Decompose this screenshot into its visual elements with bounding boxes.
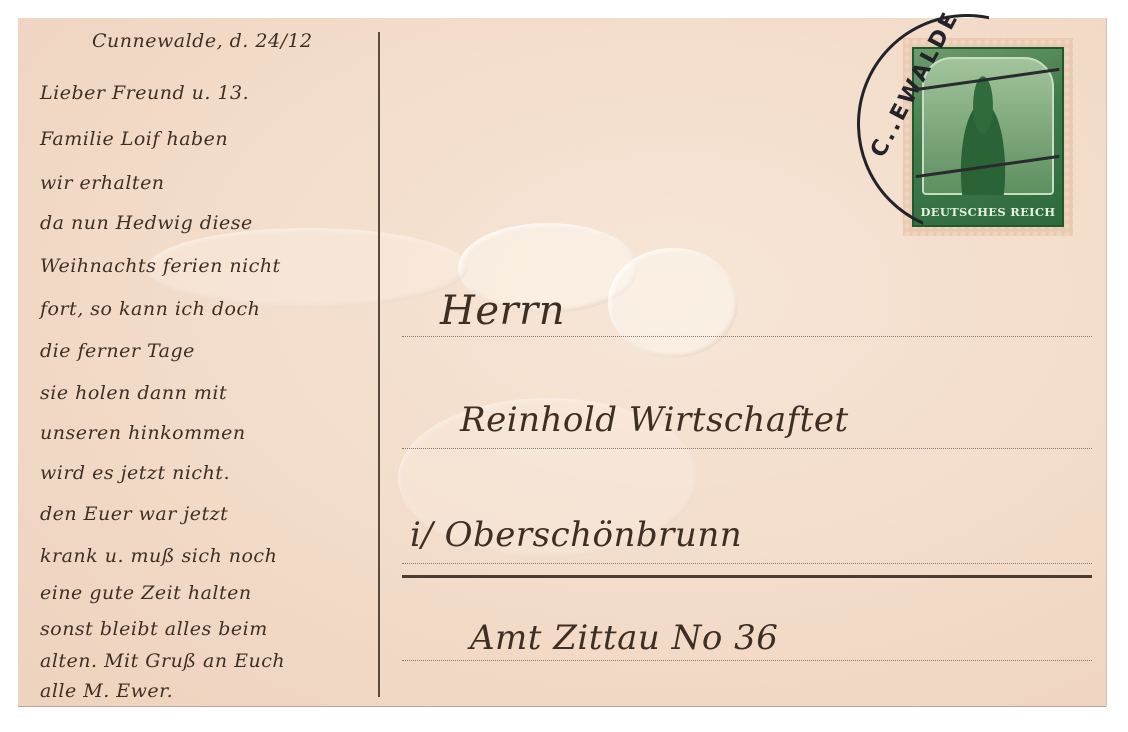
message-line: krank u. muß sich noch <box>40 545 277 567</box>
address-district: Amt Zittau No 36 <box>470 618 778 658</box>
message-line: wir erhalten <box>40 172 165 194</box>
message-line: unseren hinkommen <box>40 422 246 444</box>
address-line-3 <box>402 563 1092 564</box>
address-underline <box>402 575 1092 578</box>
address-line-1 <box>402 336 1092 337</box>
embossed-angel-head <box>608 248 738 358</box>
message-line: da nun Hedwig diese <box>40 212 253 234</box>
message-line: Weihnachts ferien nicht <box>40 255 281 277</box>
address-name: Reinhold Wirtschaftet <box>460 400 849 440</box>
stamp-country-text: DEUTSCHES REICH <box>914 205 1062 219</box>
message-line: alten. Mit Gruß an Euch <box>40 650 285 672</box>
message-line: sie holen dann mit <box>40 382 227 404</box>
message-line: alle M. Ewer. <box>40 680 173 702</box>
message-line: eine gute Zeit halten <box>40 582 252 604</box>
message-line: fort, so kann ich doch <box>40 298 260 320</box>
address-line-4 <box>402 660 1092 661</box>
address-line-2 <box>402 448 1092 449</box>
address-town: i/ Oberschönbrunn <box>410 515 742 555</box>
message-line: wird es jetzt nicht. <box>40 462 230 484</box>
message-line: sonst bleibt alles beim <box>40 618 268 640</box>
address-salutation: Herrn <box>440 288 565 334</box>
message-line: Lieber Freund u. 13. <box>40 82 249 104</box>
message-line: die ferner Tage <box>40 340 195 362</box>
card-divider-line <box>378 32 380 697</box>
message-line: den Euer war jetzt <box>40 503 228 525</box>
message-line: Cunnewalde, d. 24/12 <box>92 30 313 52</box>
message-line: Familie Loif haben <box>40 128 228 150</box>
